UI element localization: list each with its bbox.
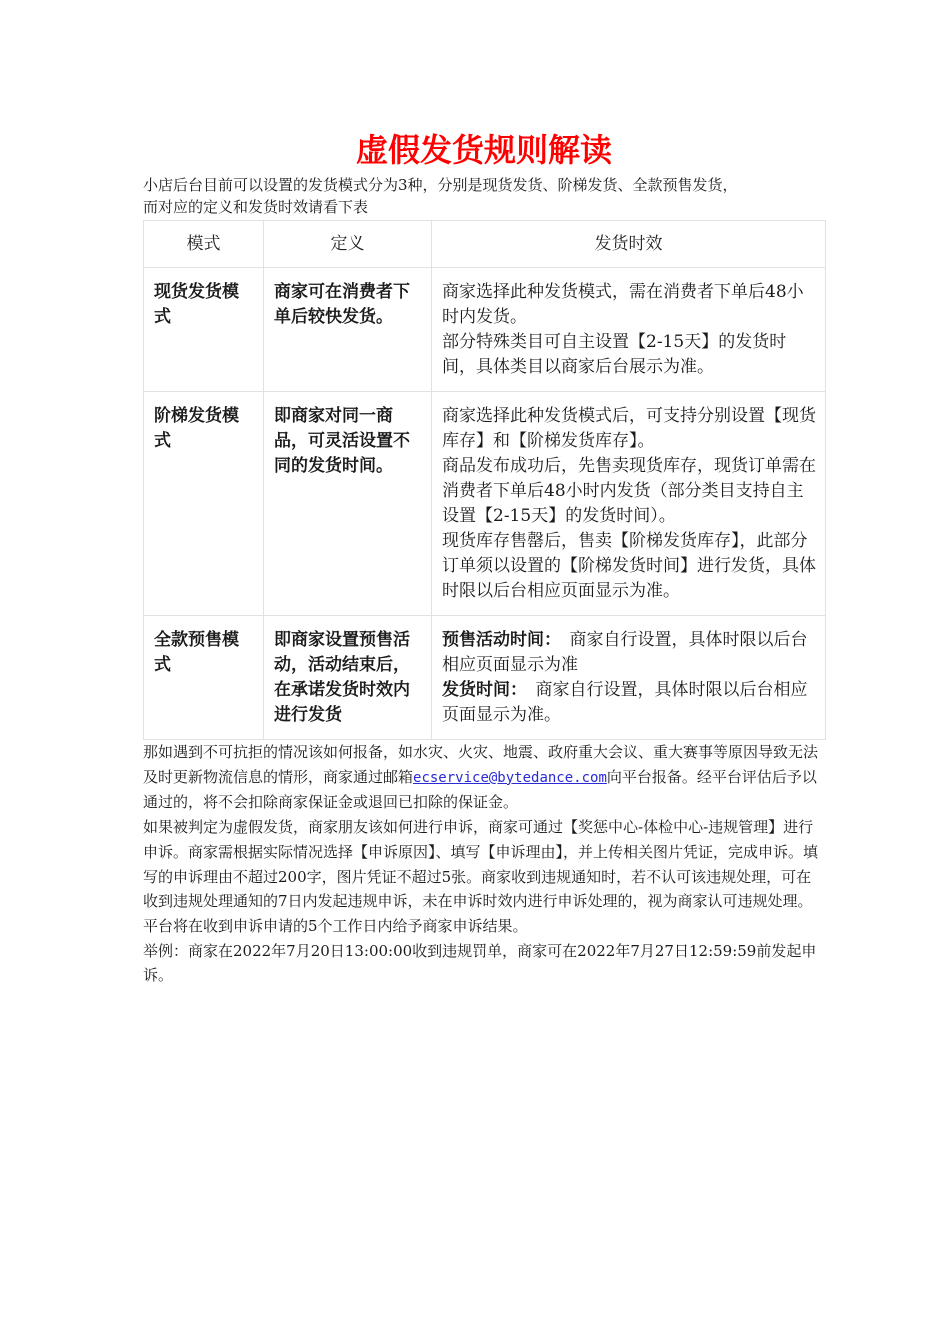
timeliness-line: 部分特殊类目可自主设置【2-15天】的发货时间，具体类目以商家后台展示为准。 bbox=[442, 330, 816, 380]
timeliness-line: 商品发布成功后，先售卖现货库存，现货订单需在消费者下单后48小时内发货（部分类目… bbox=[442, 454, 816, 529]
document-page: 虚假发货规则解读 小店后台目前可以设置的发货模式分为3种，分别是现货发货、阶梯发… bbox=[143, 128, 825, 988]
table-row: 现货发货模式 商家可在消费者下单后较快发货。 商家选择此种发货模式，需在消费者下… bbox=[144, 268, 826, 392]
cell-timeliness: 商家选择此种发货模式后，可支持分别设置【现货库存】和【阶梯发货库存】。 商品发布… bbox=[432, 392, 826, 616]
ship-time-line: 发货时间： 商家自行设置，具体时限以后台相应页面显示为准。 bbox=[442, 678, 816, 728]
force-majeure-paragraph: 那如遇到不可抗拒的情况该如何报备，如水灾、火灾、地震、政府重大会议、重大赛事等原… bbox=[143, 740, 825, 815]
ship-time-label: 发货时间： bbox=[442, 680, 519, 700]
cell-timeliness: 商家选择此种发货模式，需在消费者下单后48小时内发货。 部分特殊类目可自主设置【… bbox=[432, 268, 826, 392]
cell-definition: 即商家设置预售活动，活动结束后，在承诺发货时效内进行发货 bbox=[264, 616, 432, 740]
cell-mode: 全款预售模式 bbox=[144, 616, 264, 740]
cell-mode: 阶梯发货模式 bbox=[144, 392, 264, 616]
header-mode: 模式 bbox=[144, 221, 264, 268]
timeliness-line: 商家选择此种发货模式，需在消费者下单后48小时内发货。 bbox=[442, 280, 816, 330]
presale-time-line: 预售活动时间： 商家自行设置，具体时限以后台相应页面显示为准 bbox=[442, 628, 816, 678]
intro-paragraph: 小店后台目前可以设置的发货模式分为3种，分别是现货发货、阶梯发货、全款预售发货，… bbox=[143, 174, 825, 218]
header-definition: 定义 bbox=[264, 221, 432, 268]
example-paragraph: 举例：商家在2022年7月20日13:00:00收到违规罚单，商家可在2022年… bbox=[143, 939, 825, 988]
timeliness-line: 现货库存售罄后，售卖【阶梯发货库存】，此部分订单须以设置的【阶梯发货时间】进行发… bbox=[442, 529, 816, 604]
cell-timeliness: 预售活动时间： 商家自行设置，具体时限以后台相应页面显示为准 发货时间： 商家自… bbox=[432, 616, 826, 740]
table-row: 全款预售模式 即商家设置预售活动，活动结束后，在承诺发货时效内进行发货 预售活动… bbox=[144, 616, 826, 740]
table-header-row: 模式 定义 发货时效 bbox=[144, 221, 826, 268]
document-title: 虚假发货规则解读 bbox=[143, 128, 825, 172]
cell-definition: 即商家对同一商品，可灵活设置不同的发货时间。 bbox=[264, 392, 432, 616]
header-timeliness: 发货时效 bbox=[432, 221, 826, 268]
table-row: 阶梯发货模式 即商家对同一商品，可灵活设置不同的发货时间。 商家选择此种发货模式… bbox=[144, 392, 826, 616]
email-link[interactable]: ecservice@bytedance.com bbox=[413, 770, 607, 786]
cell-mode: 现货发货模式 bbox=[144, 268, 264, 392]
shipping-modes-table: 模式 定义 发货时效 现货发货模式 商家可在消费者下单后较快发货。 商家选择此种… bbox=[143, 220, 826, 740]
intro-line: 而对应的定义和发货时效请看下表 bbox=[143, 196, 825, 218]
presale-time-label: 预售活动时间： bbox=[442, 630, 553, 650]
timeliness-line: 商家选择此种发货模式后，可支持分别设置【现货库存】和【阶梯发货库存】。 bbox=[442, 404, 816, 454]
cell-definition: 商家可在消费者下单后较快发货。 bbox=[264, 268, 432, 392]
intro-line: 小店后台目前可以设置的发货模式分为3种，分别是现货发货、阶梯发货、全款预售发货， bbox=[143, 174, 825, 196]
appeal-paragraph: 如果被判定为虚假发货，商家朋友该如何进行申诉，商家可通过【奖惩中心-体检中心-违… bbox=[143, 815, 825, 939]
